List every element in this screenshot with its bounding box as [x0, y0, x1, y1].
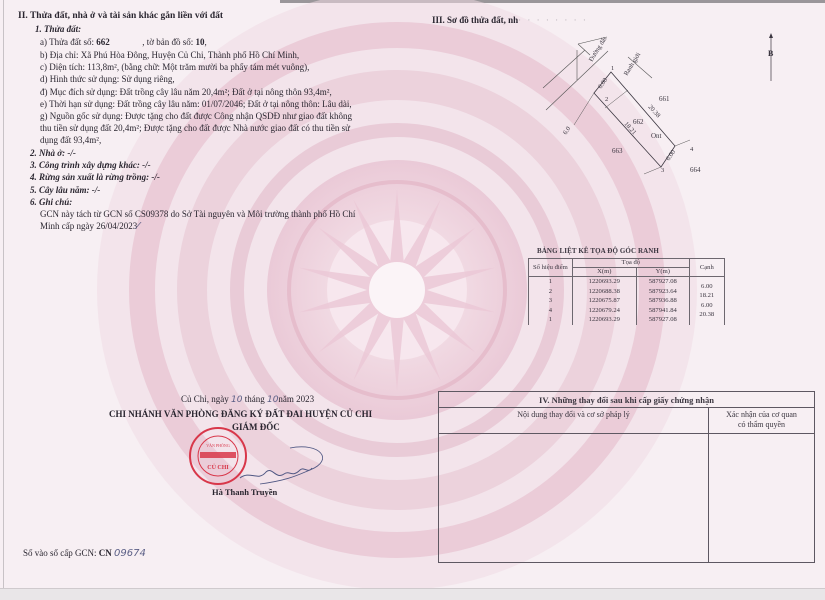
area: c) Diện tích: 113,8m², (bằng chữ: Một tr…	[40, 61, 309, 73]
registry-number: Số vào sổ cấp GCN: CN 09674	[23, 548, 146, 559]
svg-text:6.0: 6.0	[562, 125, 572, 136]
change-content-cell	[439, 434, 709, 563]
scan-edge-left	[3, 0, 4, 588]
col-point: Số hiệu điểm	[529, 259, 573, 277]
north-label: B	[768, 49, 774, 58]
land-heading: 1. Thửa đất:	[35, 23, 81, 35]
term: e) Thời hạn sử dụng: Đất trồng cây lâu n…	[40, 98, 352, 110]
authority-confirmation-cell	[709, 434, 815, 563]
notes-label: 6. Ghi chú:	[30, 196, 72, 208]
parcel-line: a) Thửa đất số: 662 , tờ bản đồ số: 10,	[40, 36, 207, 48]
parcel-diagram: B Đường đất Ranh giới 6.00 20.38 18.21 6…	[430, 20, 825, 220]
svg-text:6.00: 6.00	[597, 77, 609, 90]
scan-edge	[280, 0, 825, 3]
svg-text:4: 4	[690, 146, 694, 153]
origin-line-2: thu tiền sử dụng đất 20,4m²; Được tặng c…	[40, 122, 350, 134]
signature-scrawl-icon	[230, 440, 340, 490]
svg-text:661: 661	[659, 95, 670, 103]
purpose: đ) Mục đích sử dụng: Đất trồng cây lâu n…	[40, 86, 332, 98]
svg-text:662: 662	[633, 118, 644, 126]
coord-row: 11220693.29587927.086.0018.216.0020.38	[529, 277, 725, 287]
item-house: 2. Nhà ở: -/-	[30, 147, 76, 159]
section2-title: II. Thửa đất, nhà ở và tài sản khác gắn …	[18, 11, 223, 21]
item-other-construction: 3. Công trình xây dựng khác: -/-	[30, 159, 151, 171]
col-x: X(m)	[572, 268, 636, 277]
svg-text:663: 663	[612, 147, 623, 155]
svg-text:20.38: 20.38	[647, 104, 662, 120]
changes-table: IV. Những thay đổi sau khi cấp giấy chứn…	[438, 391, 815, 563]
svg-text:CỦ CHI: CỦ CHI	[207, 463, 229, 471]
svg-text:664: 664	[690, 166, 701, 174]
svg-text:VĂN PHÒNG: VĂN PHÒNG	[206, 443, 230, 448]
notes-line-1: GCN này tách từ GCN số CS09378 do Sở Tài…	[40, 208, 355, 220]
item-planted-forest: 4. Rừng sản xuất là rừng trồng: -/-	[30, 171, 160, 183]
svg-text:Ont: Ont	[651, 132, 662, 140]
usage-form: d) Hình thức sử dụng: Sử dụng riêng,	[40, 73, 175, 85]
col-change-content: Nội dung thay đổi và cơ sở pháp lý	[439, 408, 709, 434]
svg-text:6.00: 6.00	[665, 149, 677, 162]
col-edge: Cạnh	[689, 259, 724, 277]
place-date: Củ Chi, ngày 10 tháng 10năm 2023	[181, 394, 314, 405]
svg-text:Ranh giới: Ranh giới	[623, 51, 643, 77]
col-authority-confirmation: Xác nhận của cơ quancó thẩm quyền	[709, 408, 815, 434]
office-name: CHI NHÁNH VĂN PHÒNG ĐĂNG KÝ ĐẤT ĐAI HUYỆ…	[109, 409, 372, 419]
item-perennial-trees: 5. Cây lâu năm: -/-	[30, 184, 100, 196]
notes-line-2: Minh cấp ngày 26/04/2023⁄	[40, 220, 139, 233]
edge-lengths: 6.0018.216.0020.38	[689, 277, 724, 325]
col-coords: Tọa độ	[572, 259, 689, 268]
parcel-label: a) Thửa đất số:	[40, 37, 94, 47]
svg-text:2: 2	[605, 96, 608, 103]
svg-text:1: 1	[611, 65, 614, 72]
svg-text:3: 3	[661, 167, 664, 174]
section4-title: IV. Những thay đổi sau khi cấp giấy chứn…	[439, 392, 815, 408]
map-sheet-label: , tờ bản đồ số:	[142, 37, 193, 47]
svg-text:Đường đất: Đường đất	[588, 36, 609, 63]
coord-table: Số hiệu điểm Tọa độ Cạnh X(m) Y(m) 11220…	[528, 258, 725, 325]
coord-table-title: BẢNG LIỆT KÊ TỌA ĐỘ GÓC RANH	[537, 247, 659, 255]
origin-line-1: g) Nguồn gốc sử dụng: Được tặng cho đất …	[40, 110, 352, 122]
col-y: Y(m)	[636, 268, 689, 277]
parcel-number: 662	[96, 37, 110, 47]
origin-line-3: dụng đất 93,4m²,	[40, 134, 101, 146]
address: b) Địa chỉ: Xã Phú Hòa Đông, Huyện Củ Ch…	[40, 49, 299, 61]
signer-name: Hà Thanh Truyền	[212, 487, 277, 497]
certificate-page: II. Thửa đất, nhà ở và tài sản khác gắn …	[0, 0, 825, 589]
